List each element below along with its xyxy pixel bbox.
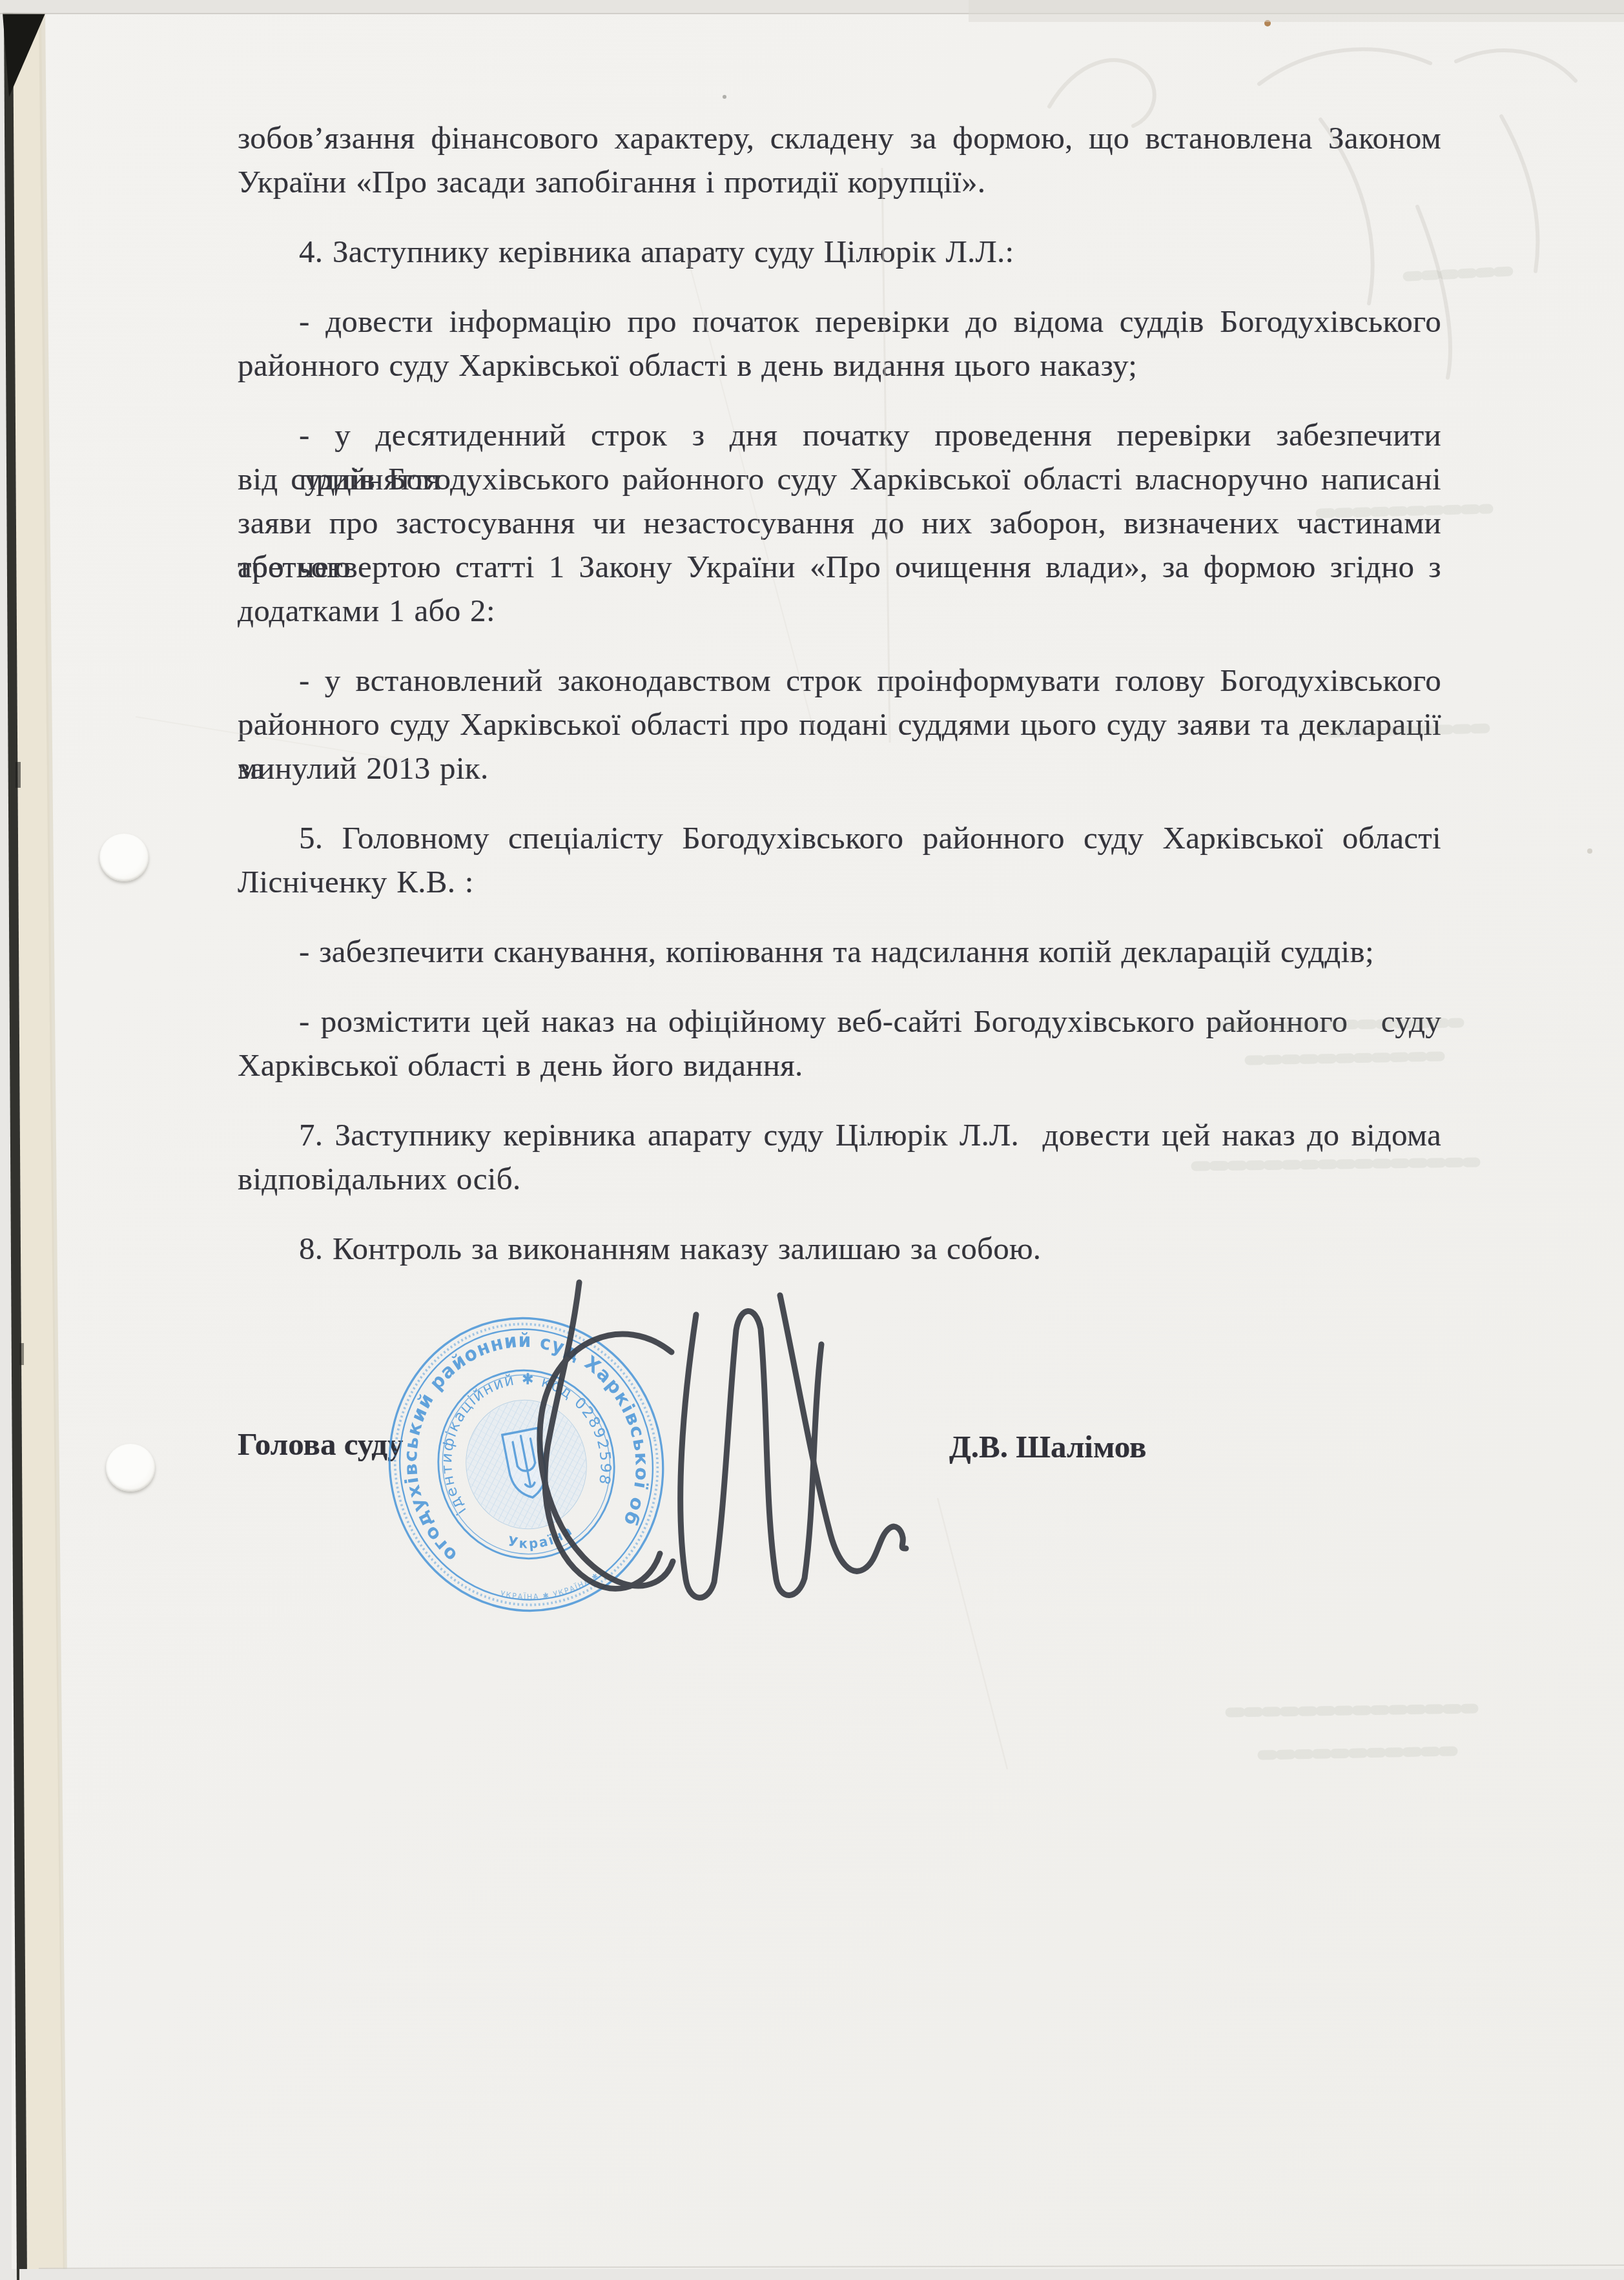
document-body-text: зобов’язання фінансового характеру, скла…	[238, 116, 1441, 1297]
paragraph-continuation: зобов’язання фінансового характеру, скла…	[238, 116, 1441, 204]
paragraph-subitem: - розмістити цей наказ на офіційному веб…	[238, 1000, 1441, 1087]
text-line: - довести інформацію про початок перевір…	[238, 300, 1441, 344]
hole-punch	[106, 1444, 155, 1492]
text-line: Харківської області в день його видання.	[238, 1043, 1441, 1087]
signer-name: Д.В. Шалімов	[949, 1428, 1146, 1465]
text-line: минулий 2013 рік.	[238, 746, 1441, 790]
text-line: - у встановлений законодавством строк пр…	[238, 659, 1441, 703]
text-line: від суддів Богодухівського районного суд…	[238, 457, 1441, 501]
paragraph-item-8: 8. Контроль за виконанням наказу залишаю…	[238, 1227, 1441, 1271]
paragraph-subitem: - забезпечити сканування, копіювання та …	[238, 930, 1441, 974]
text-line: - забезпечити сканування, копіювання та …	[238, 930, 1441, 974]
hole-punch	[99, 834, 149, 881]
signer-role-label: Голова суду	[238, 1426, 404, 1463]
paragraph-item-5: 5. Головному спеціалісту Богодухівського…	[238, 816, 1441, 904]
text-line: 4. Заступнику керівника апарату суду Ціл…	[238, 230, 1441, 274]
text-line: 5. Головному спеціалісту Богодухівського…	[238, 816, 1441, 860]
text-line: районного суду Харківської області в ден…	[238, 344, 1441, 387]
paragraph-item-7: 7. Заступнику керівника апарату суду Ціл…	[238, 1113, 1441, 1201]
text-line: відповідальних осіб.	[238, 1157, 1441, 1201]
text-line: зобов’язання фінансового характеру, скла…	[238, 116, 1441, 160]
text-line: - розмістити цей наказ на офіційному веб…	[238, 1000, 1441, 1043]
text-line: або четвертою статті 1 Закону України «П…	[238, 545, 1441, 589]
text-line: - у десятиденний строк з дня початку про…	[238, 413, 1441, 457]
paragraph-subitem: - довести інформацію про початок перевір…	[238, 300, 1441, 387]
signature-row: Голова суду Д.В. Шалімов	[238, 1426, 1441, 1471]
text-line: 8. Контроль за виконанням наказу залишаю…	[238, 1227, 1441, 1271]
paragraph-subitem: - у встановлений законодавством строк пр…	[238, 659, 1441, 790]
text-line: додатками 1 або 2:	[238, 589, 1441, 633]
text-line: Лісніченку К.В. :	[238, 860, 1441, 904]
text-line: заяви про застосування чи незастосування…	[238, 501, 1441, 545]
text-line: України «Про засади запобігання і протид…	[238, 160, 1441, 204]
paragraph-item-4: 4. Заступнику керівника апарату суду Ціл…	[238, 230, 1441, 274]
text-line: 7. Заступнику керівника апарату суду Ціл…	[238, 1113, 1441, 1157]
scanned-document-scan-area: зобов’язання фінансового характеру, скла…	[0, 0, 1624, 2280]
paragraph-subitem: - у десятиденний строк з дня початку про…	[238, 413, 1441, 633]
text-line: районного суду Харківської області про п…	[238, 703, 1441, 746]
